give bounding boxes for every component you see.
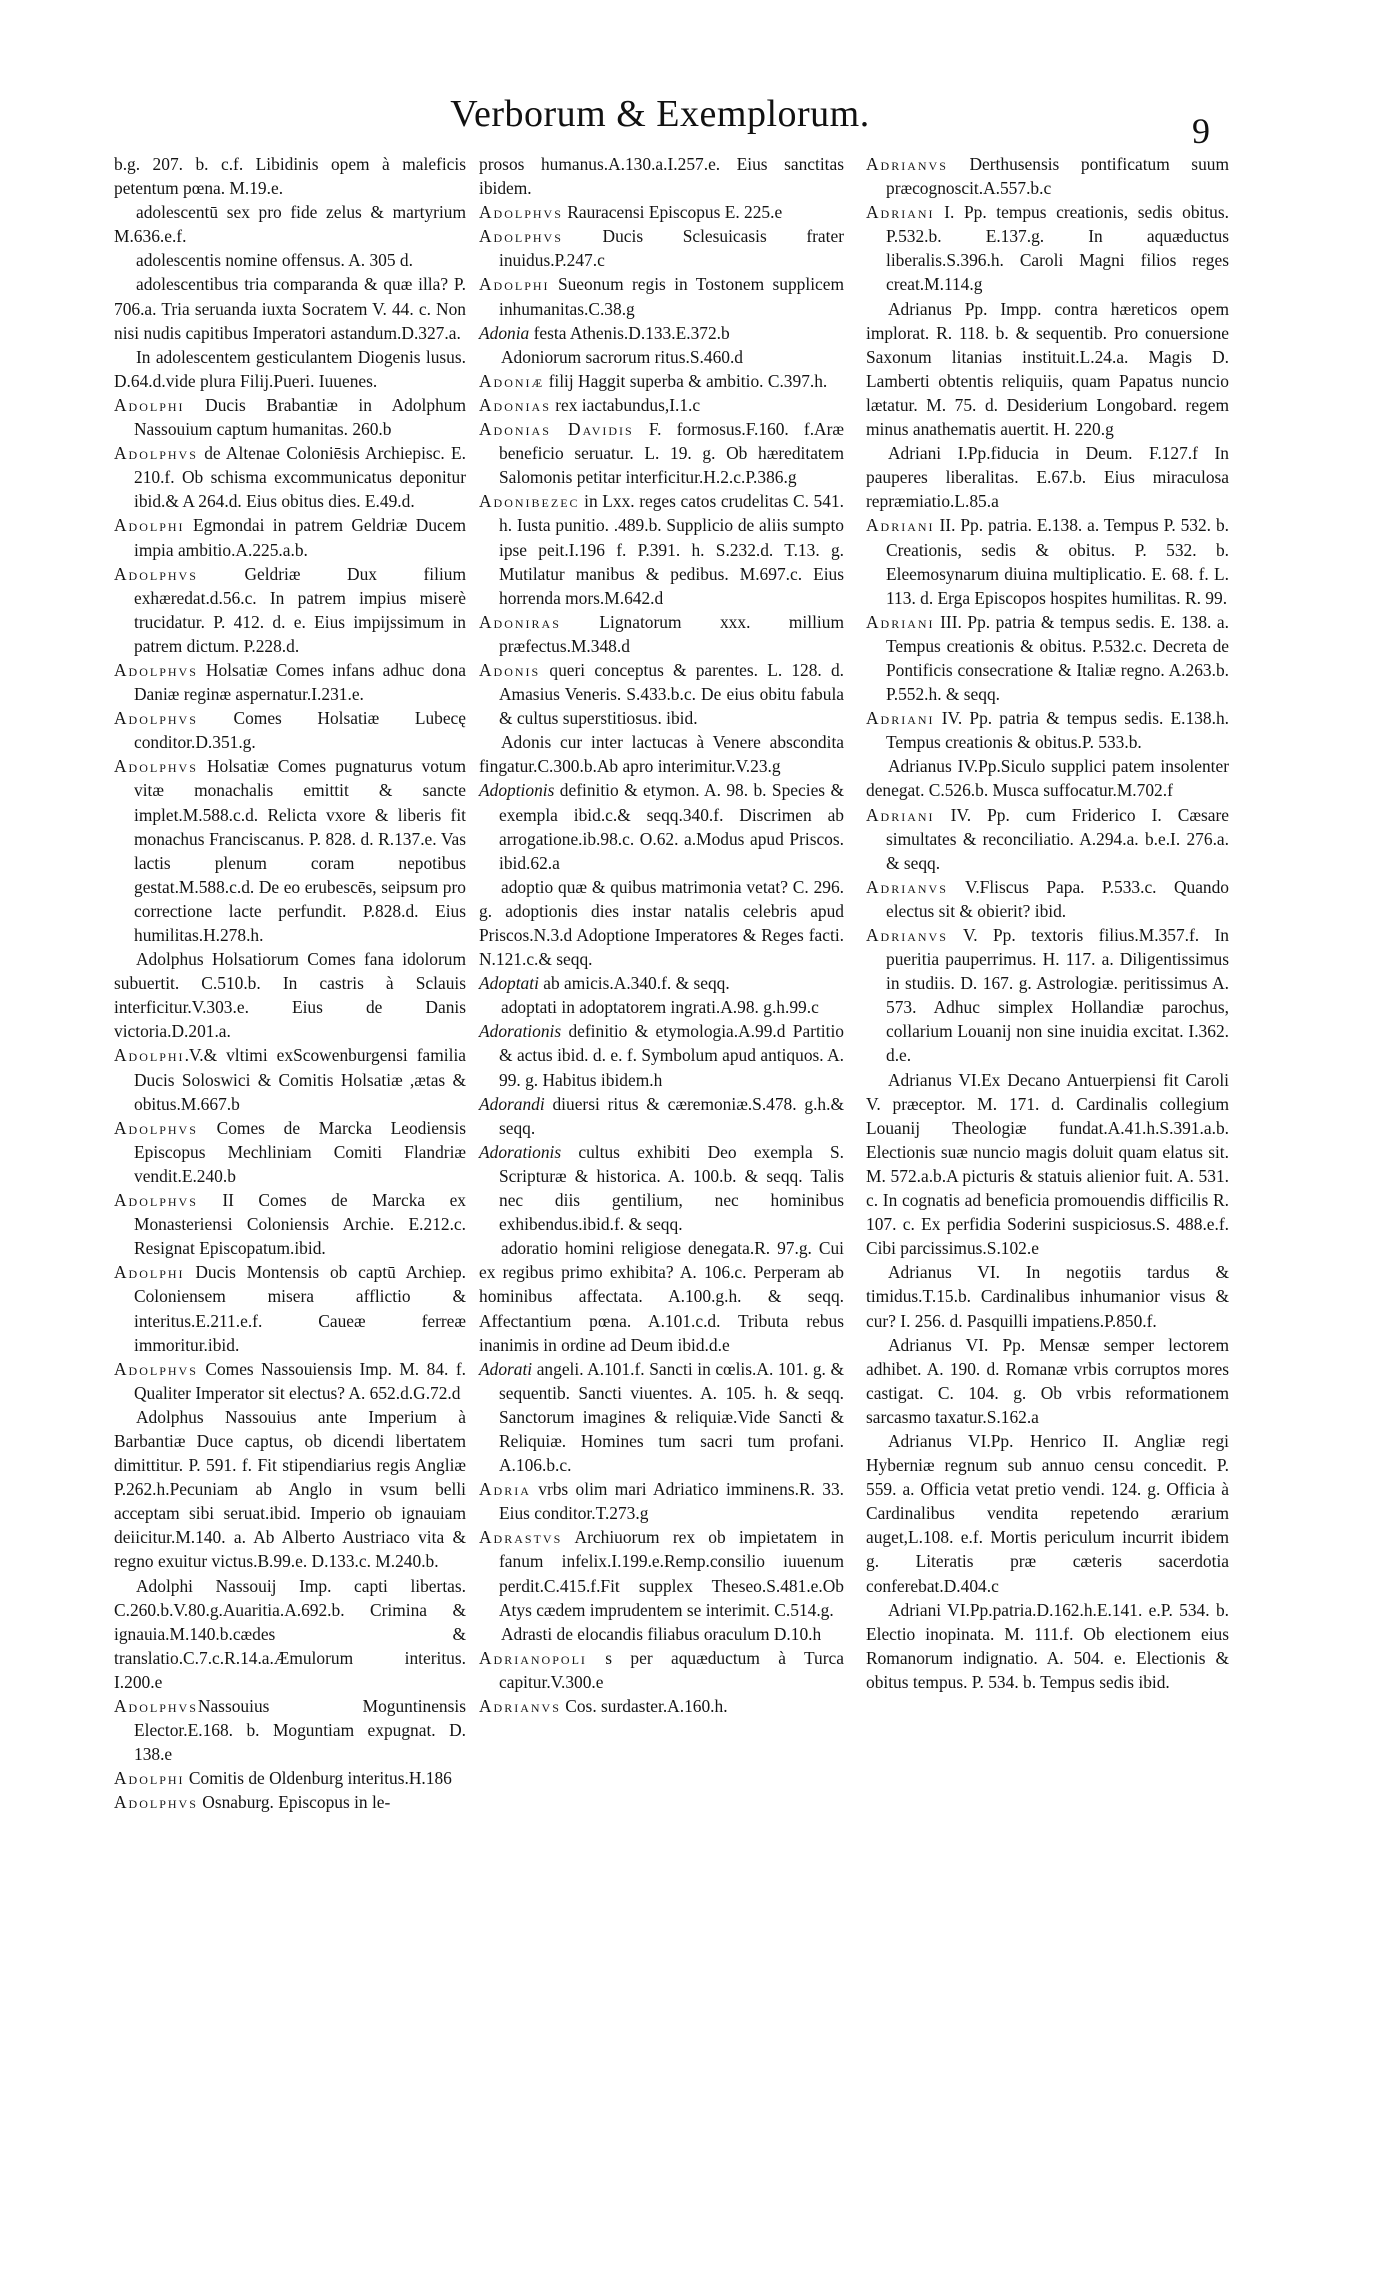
- index-entry: adolescentis nomine offensus. A. 305 d.: [114, 248, 466, 272]
- entry-headword: Adolphvs: [114, 1190, 198, 1210]
- entry-headword: Adolphvs: [114, 443, 198, 463]
- index-entry: Adrianus IV.Pp.Siculo supplici patem ins…: [866, 754, 1229, 802]
- entry-headword: Adoptati: [479, 973, 539, 993]
- index-entry: Adria vrbs olim mari Adriatico imminens.…: [479, 1477, 844, 1525]
- index-entry: adolescentibus tria comparanda & quæ ill…: [114, 272, 466, 344]
- entry-text: Adoniorum sacrorum ritus.S.460.d: [501, 347, 743, 367]
- entry-text: IV. Pp. patria & tempus sedis. E.138.h. …: [886, 708, 1229, 752]
- entry-headword: Adolphvs: [114, 756, 198, 776]
- entry-headword: Adonias Davidis: [479, 419, 634, 439]
- index-entry: Adorationis definitio & etymologia.A.99.…: [479, 1019, 844, 1091]
- entry-headword: Adrianopoli: [479, 1648, 587, 1668]
- index-entry: Adolphus Nassouius ante Imperium à Barba…: [114, 1405, 466, 1574]
- entry-headword: Adolphvs: [114, 1118, 198, 1138]
- entry-headword: Adonibezec: [479, 491, 580, 511]
- index-entry: Adolphvs Comes Holsatiæ Lubecę conditor.…: [114, 706, 466, 754]
- entry-headword: Adonia: [479, 323, 529, 343]
- entry-text: Egmondai in patrem Geldriæ Ducem impia a…: [134, 515, 466, 559]
- index-entry: Adoniorum sacrorum ritus.S.460.d: [479, 345, 844, 369]
- index-entry: Adolphvs de Altenae Coloniēsis Archiepis…: [114, 441, 466, 513]
- index-entry: Adolphvs Comes de Marcka Leodiensis Epis…: [114, 1116, 466, 1188]
- entry-headword: Adolphi: [114, 1768, 185, 1788]
- index-entry: Adrianvs Cos. surdaster.A.160.h.: [479, 1694, 844, 1718]
- entry-headword: Adrianvs: [866, 877, 948, 897]
- index-entry: Adrianus VI. In negotiis tardus & timidu…: [866, 1260, 1229, 1332]
- index-entry: Adrastvs Archiuorum rex ob impietatem in…: [479, 1525, 844, 1621]
- index-entry: Adolphvs II Comes de Marcka ex Monasteri…: [114, 1188, 466, 1260]
- index-entry: Adolphi.V.& vltimi exScowenburgensi fami…: [114, 1043, 466, 1115]
- index-entry: Adolphvs Comes Nassouiensis Imp. M. 84. …: [114, 1357, 466, 1405]
- entry-text: I. Pp. tempus creationis, sedis obitus. …: [886, 202, 1229, 294]
- index-entry: Adolphi Nassouij Imp. capti libertas. C.…: [114, 1574, 466, 1694]
- entry-text: Adrianus VI. Pp. Mensæ semper lectorem a…: [866, 1335, 1229, 1427]
- entry-text: In adolescentem gesticulantem Diogenis l…: [114, 347, 466, 391]
- entry-text: Ducis Montensis ob captū Archiep. Coloni…: [134, 1262, 466, 1354]
- entry-headword: Adorationis: [479, 1142, 561, 1162]
- entry-headword: Adolphvs: [479, 226, 563, 246]
- index-entry: Adonia festa Athenis.D.133.E.372.b: [479, 321, 844, 345]
- entry-text: IV. Pp. cum Friderico I. Cæsare simultat…: [886, 805, 1229, 873]
- index-entry: Adonis queri conceptus & parentes. L. 12…: [479, 658, 844, 730]
- entry-text: adoratio homini religiose denegata.R. 97…: [479, 1238, 844, 1354]
- index-entry: Adonias rex iactabundus,I.1.c: [479, 393, 844, 417]
- entry-headword: Adrastvs: [479, 1527, 562, 1547]
- entry-headword: Adolphvs: [114, 1792, 198, 1812]
- index-entry: Adonibezec in Lxx. reges catos crudelita…: [479, 489, 844, 609]
- index-entry: Adolphvs Holsatiæ Comes pugnaturus votum…: [114, 754, 466, 947]
- index-entry: adoratio homini religiose denegata.R. 97…: [479, 1236, 844, 1356]
- index-entry: Adolphi Sueonum regis in Tostonem suppli…: [479, 272, 844, 320]
- index-entry: Adolphi Egmondai in patrem Geldriæ Ducem…: [114, 513, 466, 561]
- index-entry: adolescentū sex pro fide zelus & martyri…: [114, 200, 466, 248]
- index-entry: Adolphvs Holsatiæ Comes infans adhuc don…: [114, 658, 466, 706]
- entry-headword: Adorationis: [479, 1021, 561, 1041]
- entry-text: Cos. surdaster.A.160.h.: [561, 1696, 728, 1716]
- entry-text: III. Pp. patria & tempus sedis. E. 138. …: [886, 612, 1229, 704]
- entry-headword: Adria: [479, 1479, 531, 1499]
- entry-text: adoptio quæ & quibus matrimonia vetat? C…: [479, 877, 844, 969]
- index-entry: Adriani II. Pp. patria. E.138. a. Tempus…: [866, 513, 1229, 609]
- entry-text: b.g. 207. b. c.f. Libidinis opem à malef…: [114, 154, 466, 198]
- index-column-left: b.g. 207. b. c.f. Libidinis opem à malef…: [114, 152, 466, 1814]
- entry-text: Adrianus VI.Pp. Henrico II. Angliæ regi …: [866, 1431, 1229, 1596]
- index-entry: Adolphvs Rauracensi Episcopus E. 225.e: [479, 200, 844, 224]
- entry-headword: Adolphvs: [114, 708, 198, 728]
- entry-text: Adolphus Nassouius ante Imperium à Barba…: [114, 1407, 466, 1572]
- entry-headword: Adonis: [479, 660, 540, 680]
- entry-text: .V.& vltimi exScowenburgensi familia Duc…: [134, 1045, 466, 1113]
- entry-headword: Adolphi: [114, 1045, 185, 1065]
- entry-text: adolescentibus tria comparanda & quæ ill…: [114, 274, 466, 342]
- entry-text: queri conceptus & parentes. L. 128. d. A…: [499, 660, 844, 728]
- entry-text: Adrianus IV.Pp.Siculo supplici patem ins…: [866, 756, 1229, 800]
- entry-text: Rauracensi Episcopus E. 225.e: [563, 202, 782, 222]
- index-entry: Adrianvs V. Pp. textoris filius.M.357.f.…: [866, 923, 1229, 1068]
- index-entry: Adoptati ab amicis.A.340.f. & seqq.: [479, 971, 844, 995]
- index-entry: Adolphi Ducis Montensis ob captū Archiep…: [114, 1260, 466, 1356]
- index-entry: Adrianvs V.Fliscus Papa. P.533.c. Quando…: [866, 875, 1229, 923]
- entry-text: vrbs olim mari Adriatico imminens.R. 33.…: [499, 1479, 844, 1523]
- index-entry: Adriani I.Pp.fiducia in Deum. F.127.f In…: [866, 441, 1229, 513]
- entry-headword: Adriani: [866, 202, 935, 222]
- entry-text: adoptati in adoptatorem ingrati.A.98. g.…: [501, 997, 819, 1017]
- entry-headword: Adorati: [479, 1359, 532, 1379]
- index-entry: Adonis cur inter lactucas à Venere absco…: [479, 730, 844, 778]
- entry-headword: Adriani: [866, 612, 935, 632]
- index-entry: Adolphvs Osnaburg. Episcopus in le-: [114, 1790, 466, 1814]
- index-entry: Adolphi Comitis de Oldenburg interitus.H…: [114, 1766, 466, 1790]
- entry-headword: Adolphi: [479, 274, 550, 294]
- entry-headword: Adonias: [479, 395, 551, 415]
- index-entry: Adorationis cultus exhibiti Deo exempla …: [479, 1140, 844, 1236]
- entry-text: diuersi ritus & cæremoniæ.S.478. g.h.& s…: [499, 1094, 844, 1138]
- index-entry: Adolphi Ducis Brabantiæ in Adolphum Nass…: [114, 393, 466, 441]
- index-entry: In adolescentem gesticulantem Diogenis l…: [114, 345, 466, 393]
- index-entry: Adriani IV. Pp. cum Friderico I. Cæsare …: [866, 803, 1229, 875]
- entry-text: Adrianus Pp. Impp. contra hæreticos opem…: [866, 299, 1229, 439]
- index-entry: Adrasti de elocandis filiabus oraculum D…: [479, 1622, 844, 1646]
- entry-headword: Adrianvs: [866, 154, 948, 174]
- entry-text: angeli. A.101.f. Sancti in cœlis.A. 101.…: [499, 1359, 844, 1475]
- index-entry: Adriani I. Pp. tempus creationis, sedis …: [866, 200, 1229, 296]
- entry-text: ab amicis.A.340.f. & seqq.: [539, 973, 730, 993]
- index-entry: AdolphvsNassouius Moguntinensis Elector.…: [114, 1694, 466, 1766]
- running-title: Verborum & Exemplorum.: [380, 92, 940, 136]
- entry-headword: Adolphi: [114, 515, 185, 535]
- entry-text: Adonis cur inter lactucas à Venere absco…: [479, 732, 844, 776]
- page-header: Verborum & Exemplorum. 9: [0, 92, 1399, 152]
- entry-text: Osnaburg. Episcopus in le-: [198, 1792, 390, 1812]
- entry-text: filij Haggit superba & ambitio. C.397.h.: [544, 371, 827, 391]
- page-number: 9: [1192, 110, 1210, 152]
- entry-text: festa Athenis.D.133.E.372.b: [529, 323, 729, 343]
- index-entry: Adrianus VI.Pp. Henrico II. Angliæ regi …: [866, 1429, 1229, 1598]
- entry-text: Adolphus Holsatiorum Comes fana idolorum…: [114, 949, 466, 1041]
- entry-headword: Adoptionis: [479, 780, 554, 800]
- entry-text: Adrasti de elocandis filiabus oraculum D…: [501, 1624, 821, 1644]
- entry-headword: Adriani: [866, 708, 935, 728]
- index-entry: Adolphvs Geldriæ Dux filium exhæredat.d.…: [114, 562, 466, 658]
- index-entry: prosos humanus.A.130.a.I.257.e. Eius san…: [479, 152, 844, 200]
- entry-headword: Adolphvs: [114, 660, 198, 680]
- entry-headword: Adriani: [866, 515, 935, 535]
- entry-headword: Adoniæ: [479, 371, 544, 391]
- index-entry: adoptio quæ & quibus matrimonia vetat? C…: [479, 875, 844, 971]
- entry-headword: Adolphvs: [114, 1696, 198, 1716]
- entry-text: adolescentis nomine offensus. A. 305 d.: [136, 250, 413, 270]
- entry-headword: Adolphi: [114, 1262, 185, 1282]
- index-entry: adoptati in adoptatorem ingrati.A.98. g.…: [479, 995, 844, 1019]
- index-entry: Adorandi diuersi ritus & cæremoniæ.S.478…: [479, 1092, 844, 1140]
- entry-text: adolescentū sex pro fide zelus & martyri…: [114, 202, 466, 246]
- entry-headword: Adolphvs: [479, 202, 563, 222]
- entry-text: Adriani VI.Pp.patria.D.162.h.E.141. e.P.…: [866, 1600, 1229, 1692]
- index-entry: Adrianus Pp. Impp. contra hæreticos opem…: [866, 297, 1229, 442]
- entry-headword: Adrianvs: [866, 925, 948, 945]
- entry-text: Adriani I.Pp.fiducia in Deum. F.127.f In…: [866, 443, 1229, 511]
- entry-text: Adolphi Nassouij Imp. capti libertas. C.…: [114, 1576, 466, 1692]
- index-entry: Adoptionis definitio & etymon. A. 98. b.…: [479, 778, 844, 874]
- index-entry: Adrianopoli s per aquæductum à Turca cap…: [479, 1646, 844, 1694]
- entry-text: prosos humanus.A.130.a.I.257.e. Eius san…: [479, 154, 844, 198]
- entry-text: Holsatiæ Comes pugnaturus votum vitæ mon…: [134, 756, 466, 945]
- entry-text: II. Pp. patria. E.138. a. Tempus P. 532.…: [886, 515, 1229, 607]
- index-entry: Adriani IV. Pp. patria & tempus sedis. E…: [866, 706, 1229, 754]
- entry-text: Ducis Brabantiæ in Adolphum Nassouium ca…: [134, 395, 466, 439]
- entry-text: V. Pp. textoris filius.M.357.f. In pueri…: [886, 925, 1229, 1065]
- index-entry: Adrianus VI.Ex Decano Antuerpiensi fit C…: [866, 1068, 1229, 1261]
- entry-headword: Adolphvs: [114, 1359, 198, 1379]
- entry-headword: Adolphi: [114, 395, 185, 415]
- index-entry: Adrianvs Derthusensis pontificatum suum …: [866, 152, 1229, 200]
- index-entry: Adolphus Holsatiorum Comes fana idolorum…: [114, 947, 466, 1043]
- index-column-right: Adrianvs Derthusensis pontificatum suum …: [866, 152, 1229, 1694]
- entry-text: Comitis de Oldenburg interitus.H.186: [185, 1768, 452, 1788]
- entry-text: rex iactabundus,I.1.c: [551, 395, 700, 415]
- index-entry: Adorati angeli. A.101.f. Sancti in cœlis…: [479, 1357, 844, 1477]
- entry-headword: Adriani: [866, 805, 935, 825]
- index-entry: Adonias Davidis F. formosus.F.160. f.Aræ…: [479, 417, 844, 489]
- index-entry: Adriani III. Pp. patria & tempus sedis. …: [866, 610, 1229, 706]
- index-entry: b.g. 207. b. c.f. Libidinis opem à malef…: [114, 152, 466, 200]
- index-entry: Adolphvs Ducis Sclesuicasis frater inuid…: [479, 224, 844, 272]
- index-entry: Adoniras Lignatorum xxx. millium præfect…: [479, 610, 844, 658]
- index-column-middle: prosos humanus.A.130.a.I.257.e. Eius san…: [479, 152, 844, 1718]
- entry-text: Sueonum regis in Tostonem supplicem inhu…: [499, 274, 844, 318]
- entry-headword: Adorandi: [479, 1094, 545, 1114]
- entry-headword: Adoniras: [479, 612, 561, 632]
- entry-headword: Adolphvs: [114, 564, 198, 584]
- entry-text: Adrianus VI.Ex Decano Antuerpiensi fit C…: [866, 1070, 1229, 1259]
- index-entry: Adrianus VI. Pp. Mensæ semper lectorem a…: [866, 1333, 1229, 1429]
- entry-text: Adrianus VI. In negotiis tardus & timidu…: [866, 1262, 1229, 1330]
- index-entry: Adoniæ filij Haggit superba & ambitio. C…: [479, 369, 844, 393]
- index-entry: Adriani VI.Pp.patria.D.162.h.E.141. e.P.…: [866, 1598, 1229, 1694]
- entry-headword: Adrianvs: [479, 1696, 561, 1716]
